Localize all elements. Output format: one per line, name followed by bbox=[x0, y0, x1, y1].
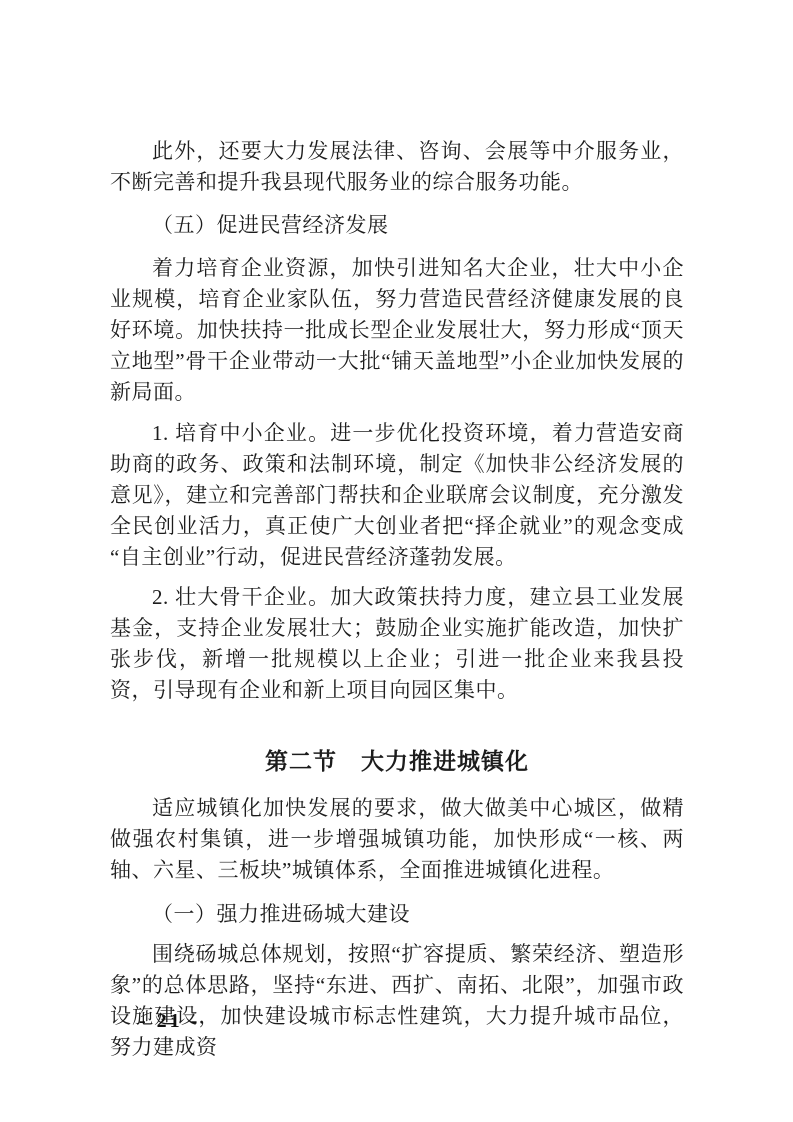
paragraph-private-economy: 着力培育企业资源，加快引进知名大企业，壮大中小企业规模，培育企业家队伍，努力营造… bbox=[110, 253, 684, 408]
paragraph-service-industry: 此外，还要大力发展法律、咨询、会展等中介服务业，不断完善和提升我县现代服务业的综… bbox=[110, 136, 684, 198]
paragraph-item-2: 2. 壮大骨干企业。加大政策扶持力度，建立县工业发展基金，支持企业发展壮大；鼓励… bbox=[110, 582, 684, 706]
paragraph-item-1: 1. 培育中小企业。进一步优化投资环境，着力营造安商助商的政务、政策和法制环境，… bbox=[110, 418, 684, 573]
page-number: - 21 - bbox=[139, 1010, 200, 1033]
document-body: 此外，还要大力发展法律、咨询、会展等中介服务业，不断完善和提升我县现代服务业的综… bbox=[110, 136, 684, 1063]
item-2-lead: 2. 壮大骨干企业。 bbox=[152, 585, 330, 609]
section-2-title: 第二节 大力推进城镇化 bbox=[110, 743, 684, 779]
paragraph-dangcheng-plan: 围绕砀城总体规划，按照“扩容提质、繁荣经济、塑造形象”的总体思路，坚持“东进、西… bbox=[110, 939, 684, 1063]
item-1-lead: 1. 培育中小企业。 bbox=[152, 421, 330, 445]
paragraph-urbanization: 适应城镇化加快发展的要求，做大做美中心城区，做精做强农村集镇，进一步增强城镇功能… bbox=[110, 793, 684, 886]
heading-one-dangcheng-construction: （一）强力推进砀城大建设 bbox=[110, 899, 684, 930]
heading-five-private-economy: （五）促进民营经济发展 bbox=[110, 210, 684, 241]
document-page: 此外，还要大力发展法律、咨询、会展等中介服务业，不断完善和提升我县现代服务业的综… bbox=[0, 0, 793, 1122]
